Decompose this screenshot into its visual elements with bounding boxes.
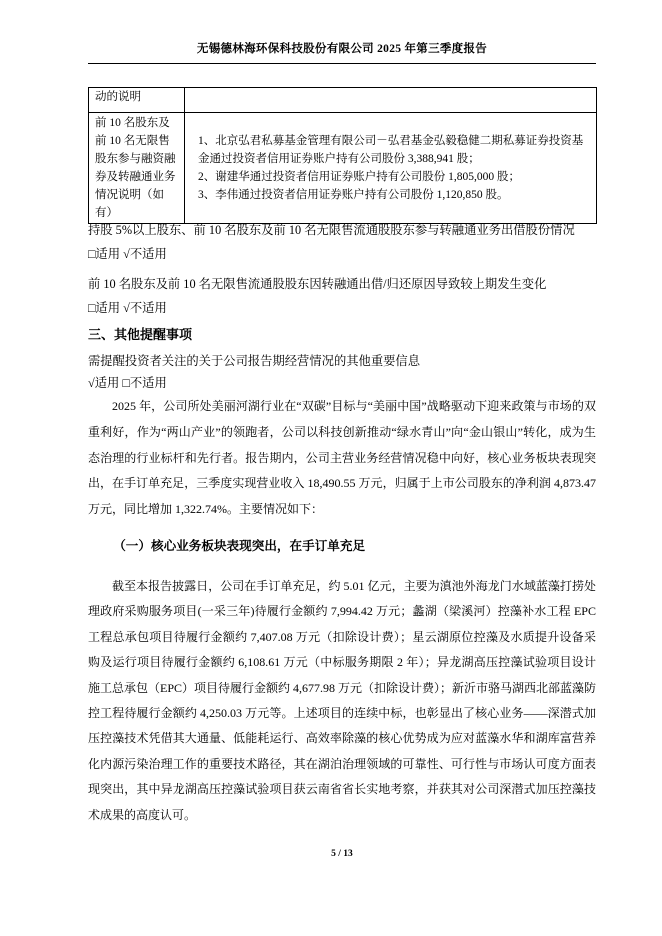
report-page: 无锡德林海环保科技股份有限公司 2025 年第三季度报告 动的说明 前 10 名…: [0, 0, 662, 936]
table-value-cell: 1、北京弘君私募基金管理有限公司－弘君基金弘毅稳健二期私募证券投资基金通过投资者…: [185, 113, 597, 224]
table-row-description-continued: 动的说明: [89, 88, 597, 113]
applicability-line: √适用 □不适用: [88, 372, 596, 394]
page-header: 无锡德林海环保科技股份有限公司 2025 年第三季度报告: [88, 40, 596, 64]
applicability-line: □适用 √不适用: [88, 242, 596, 266]
detail-paragraph: 截至本报告披露日，公司在手订单充足，约 5.01 亿元，主要为滇池外海龙门水域蓝…: [88, 574, 596, 828]
overview-paragraph: 2025 年，公司所处美丽河湖行业在“双碳”目标与“美丽中国”战略驱动下迎来政策…: [88, 394, 596, 523]
report-title: 无锡德林海环保科技股份有限公司 2025 年第三季度报告: [197, 43, 487, 55]
table-value-cell: [185, 88, 597, 113]
applicability-line: □适用 √不适用: [88, 296, 596, 320]
credit-account-item: 2、谢建华通过投资者信用证券账户持有公司股份 1,805,000 股；: [198, 168, 592, 186]
refinancing-change-statement: 前 10 名股东及前 10 名无限售流通股股东因转融通出借/归还原因导致较上期发…: [88, 272, 596, 320]
section-heading-text: 三、其他提醒事项: [88, 327, 192, 342]
table-label-cell: 前 10 名股东及前 10 名无限售股东参与融资融券及转融通业务情况说明（如有）: [89, 113, 185, 224]
subsection-heading-text: （一）核心业务板块表现突出，在手订单充足: [113, 539, 365, 553]
section-heading-other-matters: 三、其他提醒事项: [88, 326, 596, 343]
subsection-heading-core-business: （一）核心业务板块表现突出，在手订单充足: [88, 538, 596, 555]
shareholder-margin-table: 动的说明 前 10 名股东及前 10 名无限售股东参与融资融券及转融通业务情况说…: [88, 87, 597, 224]
refinancing-lending-statement: 持股 5%以上股东、前 10 名股东及前 10 名无限售流通股股东参与转融通业务…: [88, 218, 596, 266]
statement-text: 持股 5%以上股东、前 10 名股东及前 10 名无限售流通股股东参与转融通业务…: [88, 218, 596, 242]
table-label-cell: 动的说明: [89, 88, 185, 113]
credit-account-item: 1、北京弘君私募基金管理有限公司－弘君基金弘毅稳健二期私募证券投资基金通过投资者…: [198, 132, 592, 168]
credit-account-item: 3、李伟通过投资者信用证券账户持有公司股份 1,120,850 股。: [198, 186, 592, 204]
statement-text: 前 10 名股东及前 10 名无限售流通股股东因转融通出借/归还原因导致较上期发…: [88, 272, 596, 296]
investor-note-block: 需提醒投资者关注的关于公司报告期经营情况的其他重要信息 √适用 □不适用: [88, 350, 596, 394]
note-text: 需提醒投资者关注的关于公司报告期经营情况的其他重要信息: [88, 350, 596, 372]
page-number: 5 / 13: [88, 849, 596, 859]
table-row-margin-business: 前 10 名股东及前 10 名无限售股东参与融资融券及转融通业务情况说明（如有）…: [89, 113, 597, 224]
